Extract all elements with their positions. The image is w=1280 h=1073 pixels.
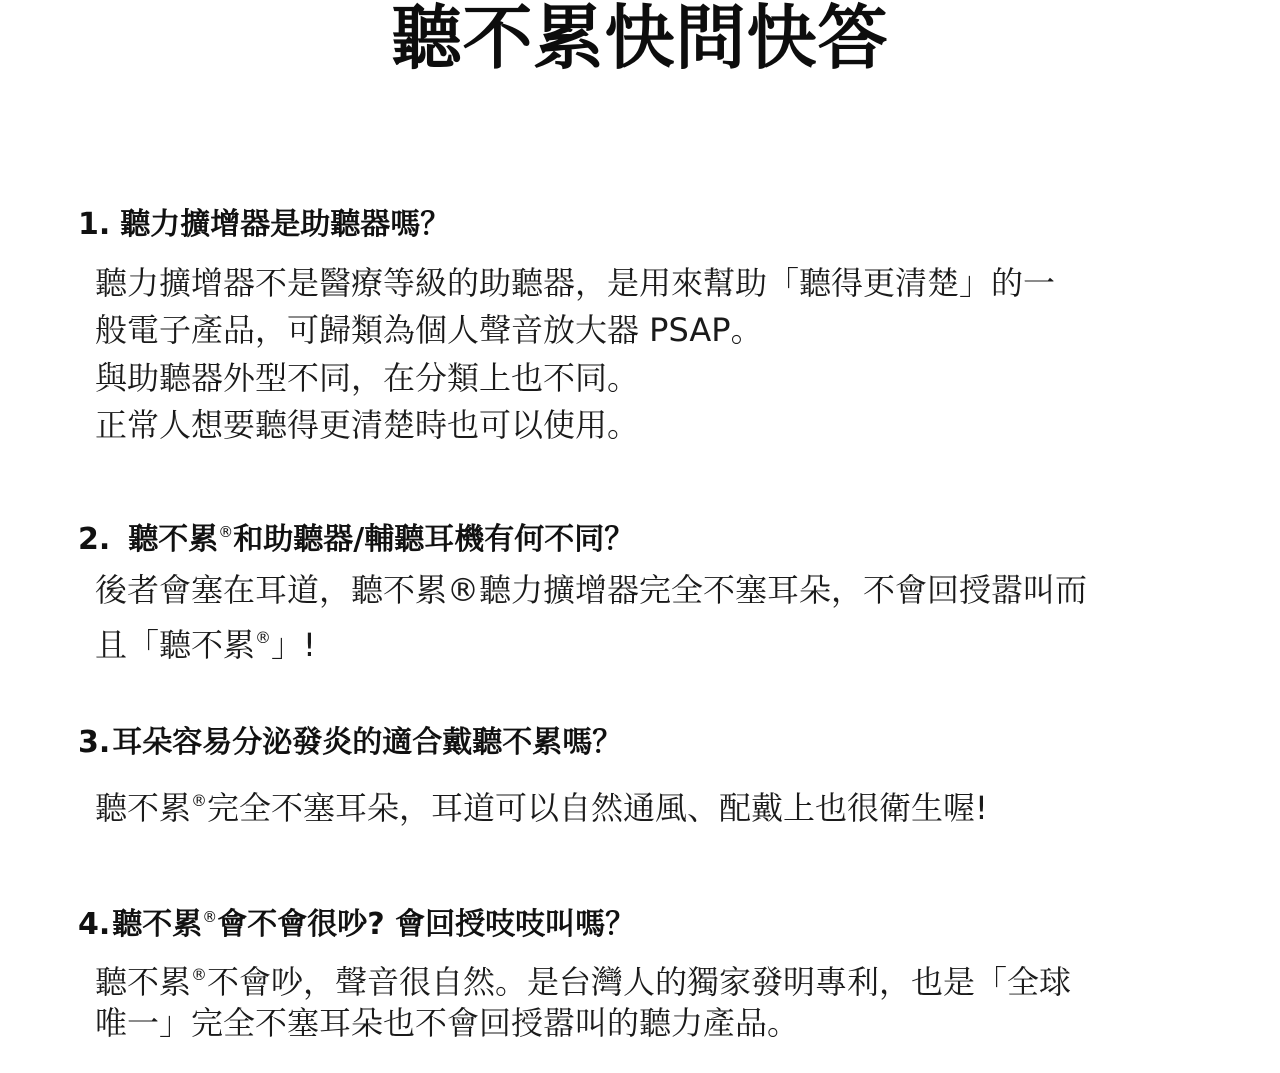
registered-mark: ® (202, 908, 217, 926)
faq-question-text-post: 會不會很吵? 會回授吱吱叫嗎？ (217, 907, 635, 942)
page-title: 聽不累快問快答 (0, 0, 1280, 80)
faq-answer-1-line-4: 正常人想要聽得更清楚時也可以使用。 (95, 403, 639, 447)
answer-text: 聽不累 (95, 963, 191, 1001)
answer-text: 且「聽不累 (95, 626, 255, 664)
faq-answer-4-line-1: 聽不累®不會吵，聲音很自然。是台灣人的獨家發明專利，也是「全球 (95, 953, 1071, 1004)
faq-answer-2-line-2: 且「聽不累®」! (95, 616, 316, 667)
registered-mark: ® (191, 965, 207, 984)
faq-question-text-post: 和助聽器/輔聽耳機有何不同？ (233, 522, 634, 557)
faq-question-1: 1.聽力擴增器是助聽器嗎？ (78, 205, 450, 245)
faq-number: 4. (78, 905, 110, 945)
faq-question-3: 3.耳朵容易分泌發炎的適合戴聽不累嗎？ (78, 723, 622, 763)
faq-number: 3. (78, 723, 110, 763)
faq-question-2: 2.聽不累®和助聽器/輔聽耳機有何不同？ (78, 512, 634, 560)
registered-mark: ® (255, 628, 271, 647)
faq-question-text-pre: 聽不累 (112, 907, 202, 942)
faq-answer-1-line-2: 般電子產品，可歸類為個人聲音放大器 PSAP。 (95, 308, 763, 352)
faq-answer-2-line-1: 後者會塞在耳道，聽不累®聽力擴增器完全不塞耳朵，不會回授嚣叫而 (95, 568, 1087, 612)
faq-answer-1-line-3: 與助聽器外型不同，在分類上也不同。 (95, 356, 639, 400)
faq-question-text: 耳朵容易分泌發炎的適合戴聽不累嗎？ (112, 725, 622, 760)
answer-text: 不會吵，聲音很自然。是台灣人的獨家發明專利，也是「全球 (207, 963, 1071, 1001)
answer-text: 聽不累 (95, 789, 191, 827)
faq-question-4: 4.聽不累®會不會很吵? 會回授吱吱叫嗎？ (78, 897, 635, 945)
faq-answer-4-line-2: 唯一」完全不塞耳朵也不會回授嚣叫的聽力產品。 (95, 1001, 799, 1045)
answer-text: 」! (271, 626, 316, 664)
faq-answer-1-line-1: 聽力擴增器不是醫療等級的助聽器，是用來幫助「聽得更清楚」的一 (95, 261, 1055, 305)
registered-mark: ® (218, 523, 233, 541)
answer-text: 完全不塞耳朵，耳道可以自然通風、配戴上也很衛生喔! (207, 789, 988, 827)
faq-number: 2. (78, 520, 110, 560)
faq-question-text: 聽力擴增器是助聽器嗎？ (120, 207, 450, 242)
faq-question-text-pre: 聽不累 (128, 522, 218, 557)
faq-answer-3-line-1: 聽不累®完全不塞耳朵，耳道可以自然通風、配戴上也很衛生喔! (95, 779, 988, 830)
registered-mark: ® (191, 791, 207, 810)
faq-number: 1. (78, 205, 110, 245)
